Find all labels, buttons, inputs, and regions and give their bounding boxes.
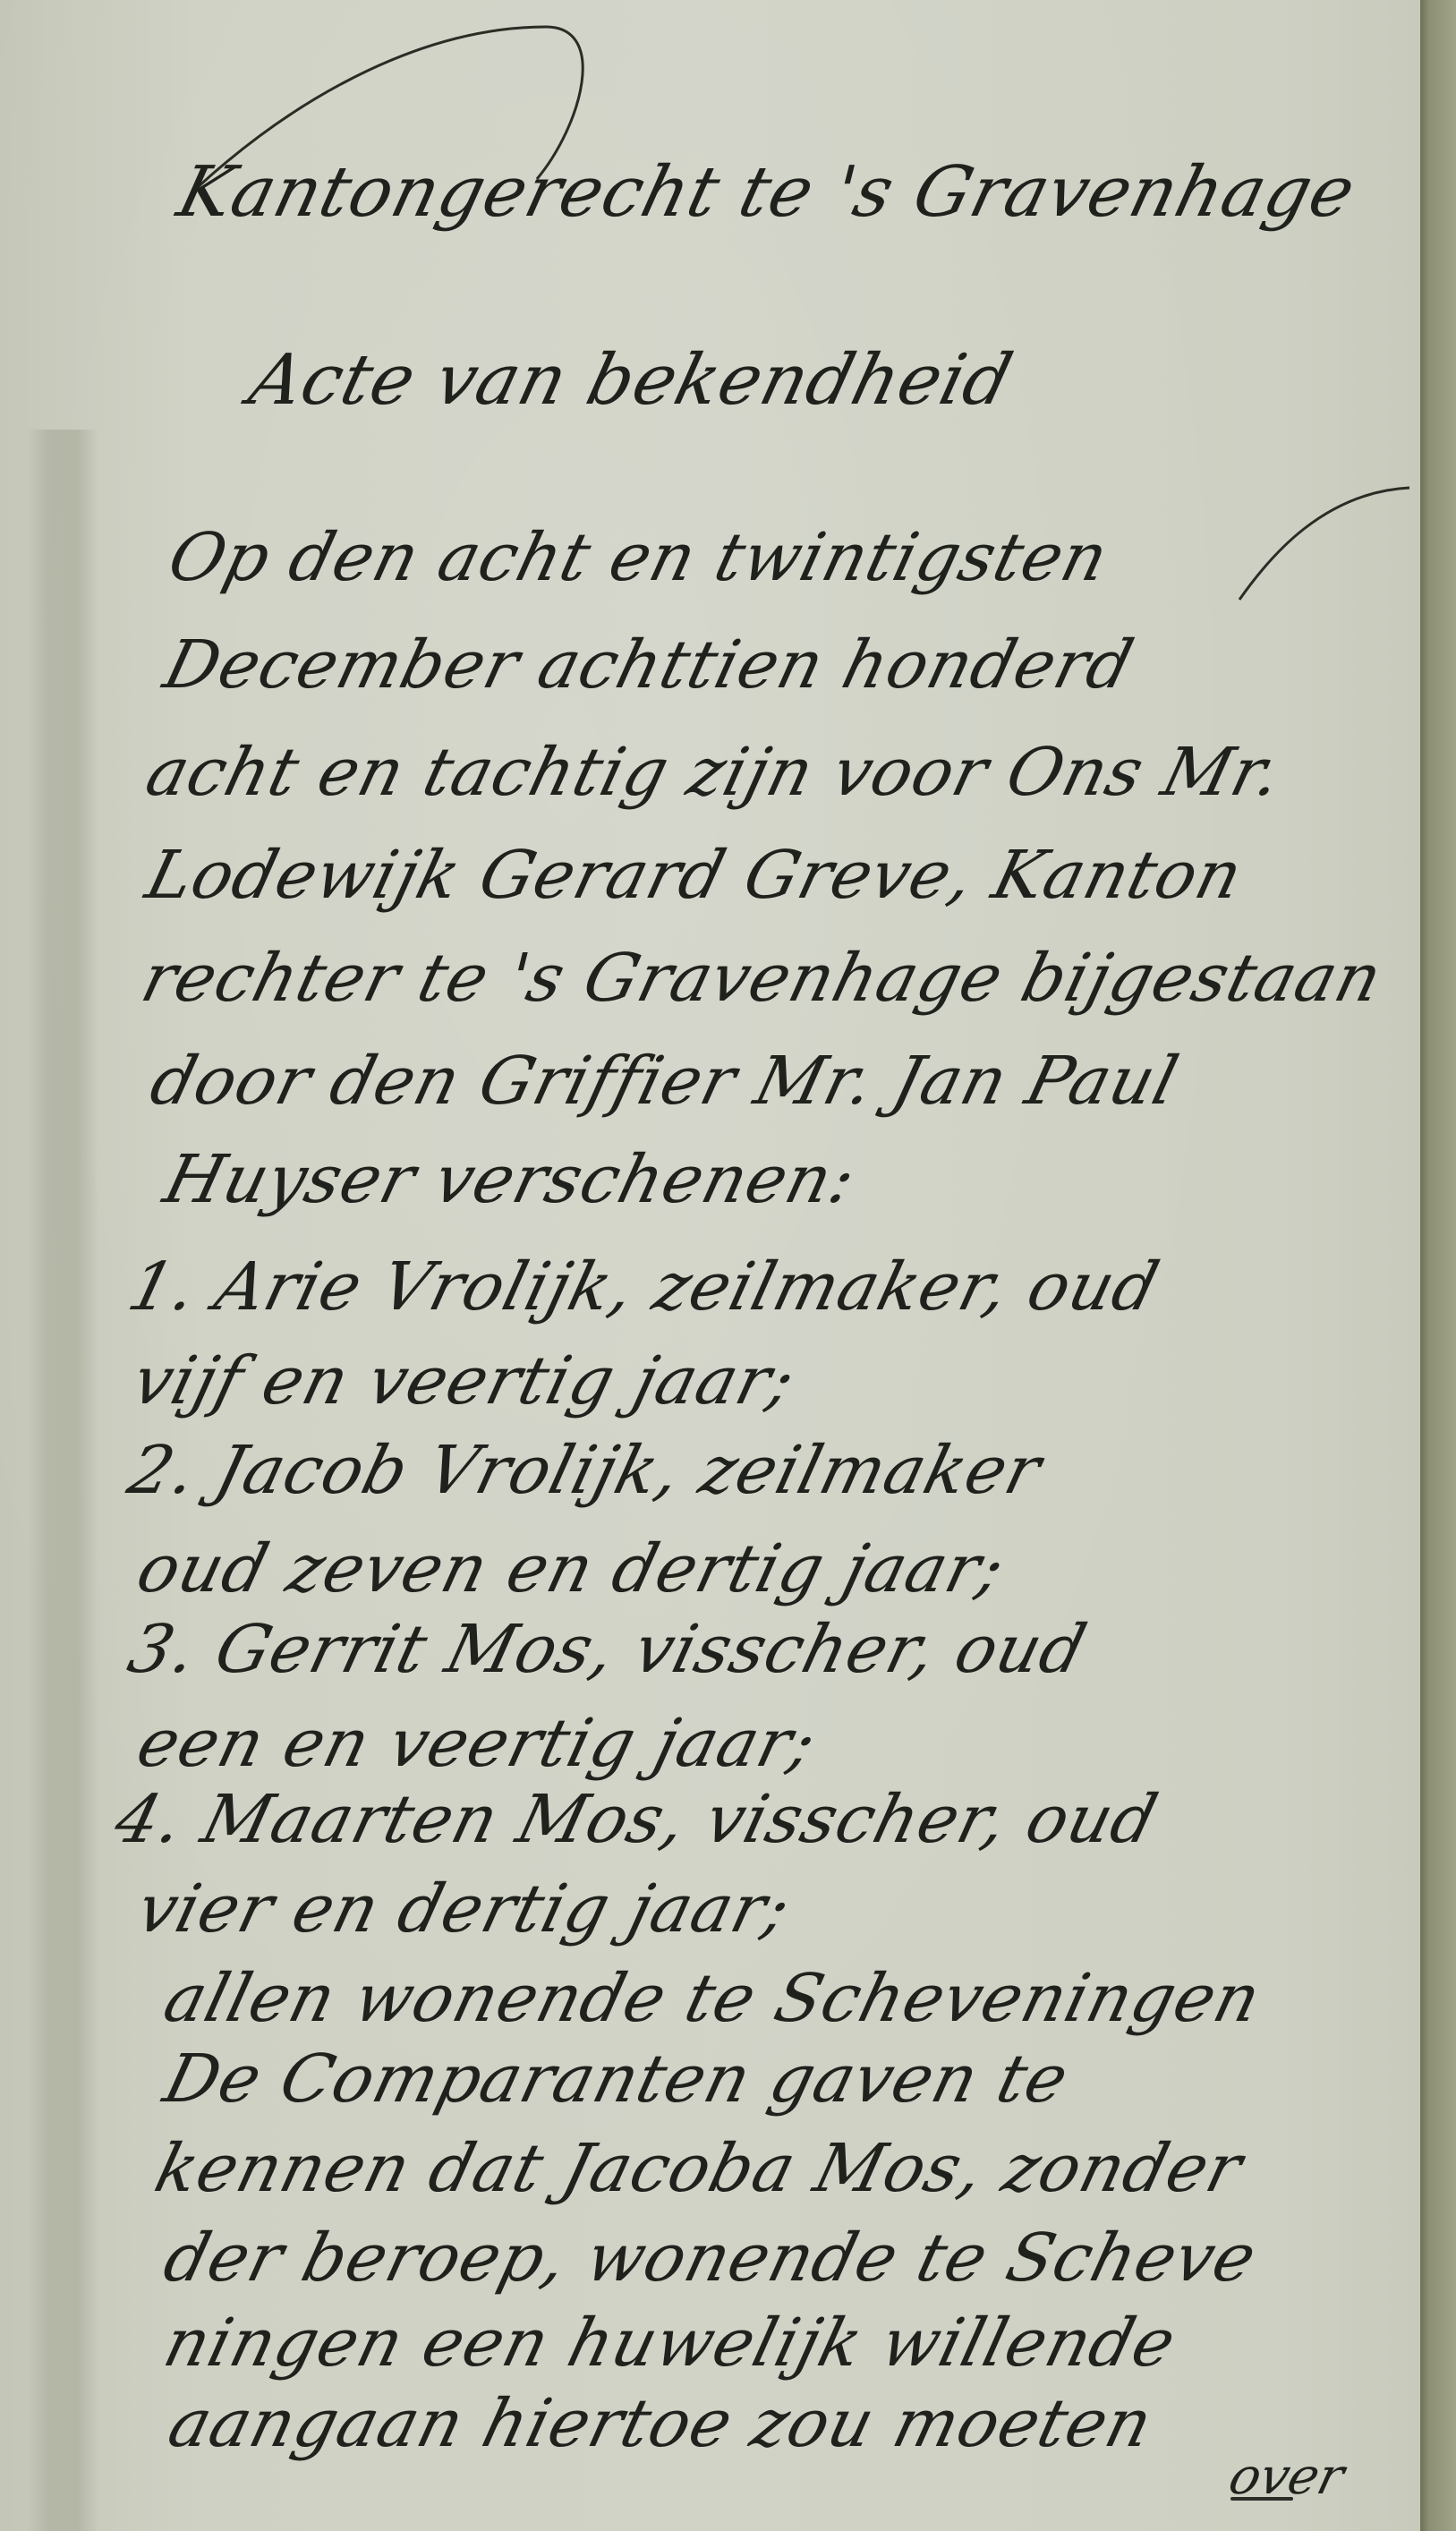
body-line-2: December achttien honderd [157, 626, 1141, 703]
residence-line: allen wonende te Scheveningen [157, 1960, 1269, 2037]
line-flourish [1235, 483, 1414, 609]
witness-4: 4. Maarten Mos, visscher, oud [107, 1781, 1165, 1858]
catchword-underline [1230, 2497, 1293, 2501]
witness-3: 3. Gerrit Mos, visscher, oud [121, 1611, 1094, 1688]
body-line-21: aangaan hiertoe zou moeten [161, 2385, 1161, 2462]
witness-2: 2. Jacob Vrolijk, zeilmaker [121, 1432, 1049, 1509]
witness-2-age: oud zeven en dertig jaar; [130, 1530, 1012, 1607]
body-line-5: rechter te 's Gravenhage bijgestaan [134, 940, 1390, 1017]
body-line-7: Huyser verschenen: [157, 1141, 864, 1218]
body-line-18: kennen dat Jacoba Mos, zonder [148, 2130, 1250, 2207]
body-line-6: door den Griffier Mr. Jan Paul [143, 1043, 1186, 1120]
court-heading: Kantongerecht te 's Gravenhage [170, 152, 1364, 233]
witness-1-age: vijf en veertig jaar; [125, 1342, 803, 1419]
page-edge [1420, 0, 1456, 2531]
witness-4-age: vier en dertig jaar; [130, 1871, 798, 1947]
body-line-20: ningen een huwelijk willende [157, 2305, 1184, 2382]
body-line-19: der beroep, wonende te Scheve [157, 2220, 1264, 2297]
document-title: Acte van bekendheid [242, 340, 1020, 421]
body-line-3: acht en tachtig zijn voor Ons Mr. [139, 734, 1290, 811]
witness-1: 1. Arie Vrolijk, zeilmaker, oud [121, 1248, 1167, 1325]
page-shadow [27, 430, 98, 2531]
body-line-4: Lodewijk Gerard Greve, Kanton [139, 837, 1250, 914]
body-line-17: De Comparanten gaven te [157, 2041, 1077, 2118]
document-page: Kantongerecht te 's Gravenhage Acte van … [0, 0, 1420, 2531]
witness-3-age: een en veertig jaar; [130, 1705, 824, 1782]
body-line-1: Op den acht en twintigsten [161, 519, 1116, 596]
